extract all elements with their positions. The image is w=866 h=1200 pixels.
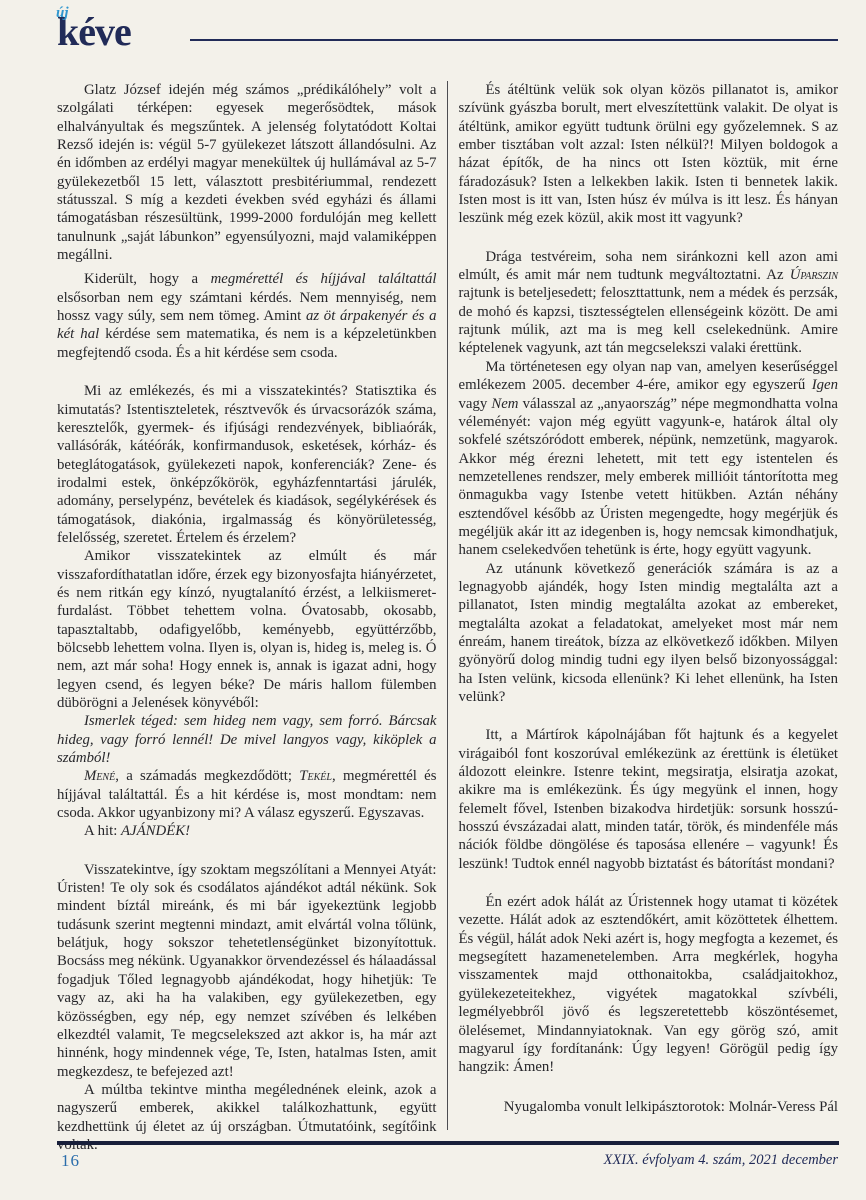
paragraph: Itt, a Mártírok kápolnájában főt hajtunk… bbox=[459, 726, 839, 873]
masthead: új kéve bbox=[57, 4, 131, 62]
logo-prefix-uj: új bbox=[56, 5, 69, 22]
paragraph: Én ezért adok hálát az Úristennek hogy u… bbox=[459, 893, 839, 1076]
paragraph: Visszatekintve, így szoktam megszólítani… bbox=[57, 861, 437, 1081]
paragraph: És átéltünk velük sok olyan közös pillan… bbox=[459, 81, 839, 228]
paragraph: Drága testvéreim, soha nem siránkozni ke… bbox=[459, 248, 839, 358]
paragraph: Mi az emlékezés, és mi a visszatekintés?… bbox=[57, 382, 437, 547]
right-column: És átéltünk velük sok olyan közös pillan… bbox=[448, 81, 839, 1130]
paragraph: Ismerlek téged: sem hideg nem vagy, sem … bbox=[57, 712, 437, 767]
issue-line: XXIX. évfolyam 4. szám, 2021 december bbox=[604, 1152, 838, 1169]
article-body: Glatz József idején még számos „prédikál… bbox=[57, 81, 838, 1130]
page-number: 16 bbox=[61, 1151, 80, 1171]
signature-line: Nyugalomba vonult lelkipásztorotok: Moln… bbox=[459, 1098, 839, 1116]
paragraph: A hit: AJÁNDÉK! bbox=[57, 822, 437, 840]
paragraph: Az utánunk következő generációk számára … bbox=[459, 560, 839, 707]
footer-rule bbox=[57, 1141, 839, 1145]
paragraph: Glatz József idején még számos „prédikál… bbox=[57, 81, 437, 264]
left-column: Glatz József idején még számos „prédikál… bbox=[57, 81, 447, 1130]
paragraph: Amikor visszatekintek az elmúlt és már v… bbox=[57, 547, 437, 712]
paragraph: Mené, a számadás megkezdődött; Tekél, me… bbox=[57, 767, 437, 822]
paragraph: Kiderült, hogy a megmérettél és híjjával… bbox=[57, 270, 437, 362]
masthead-rule bbox=[190, 39, 838, 41]
newsletter-page: új kéve Glatz József idején még számos „… bbox=[0, 0, 866, 1200]
paragraph: Ma történetesen egy olyan nap van, amely… bbox=[459, 358, 839, 560]
ujkeve-logo: új kéve bbox=[57, 4, 131, 51]
